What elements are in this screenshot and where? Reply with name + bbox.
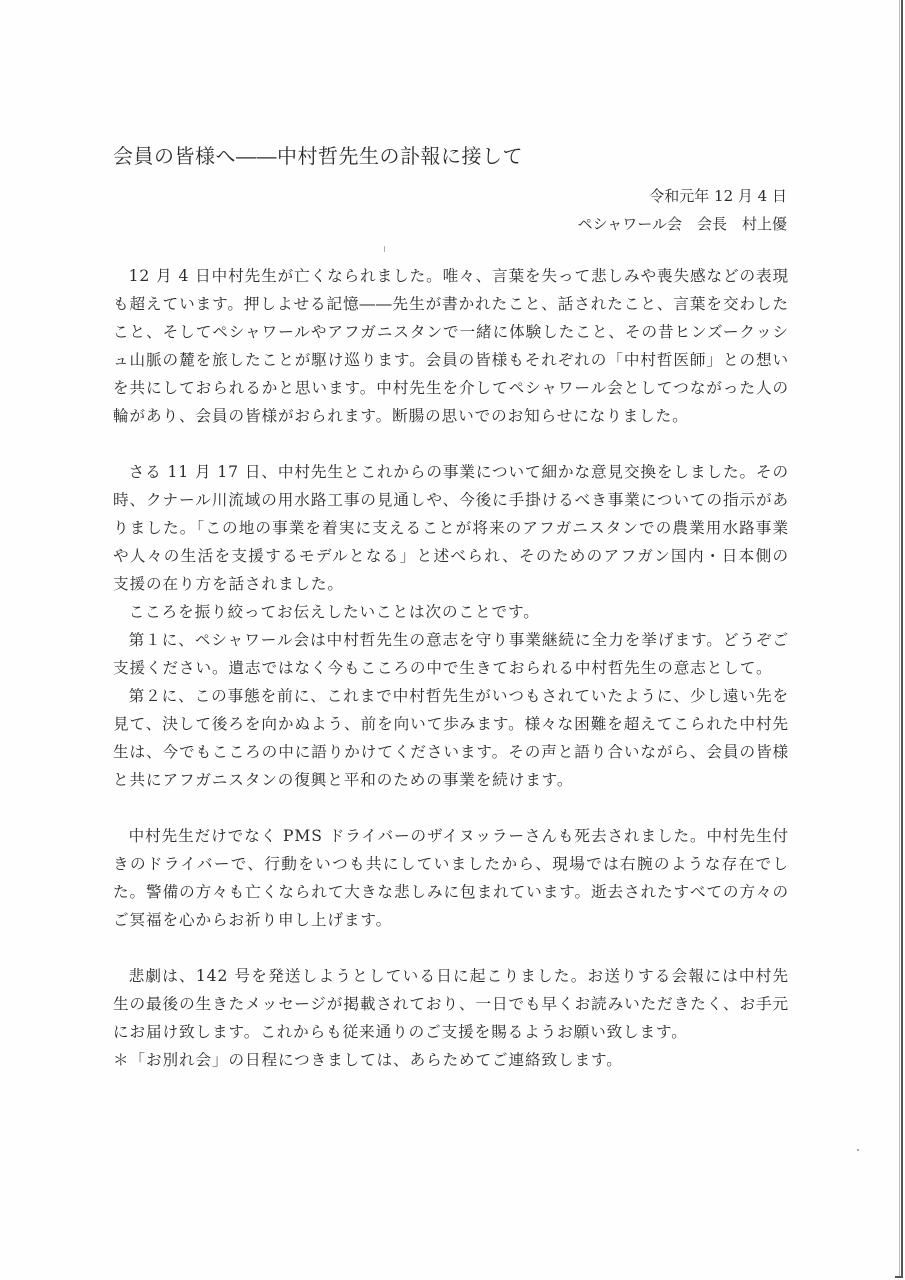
letter-author: ペシャワール会 会長 村上優 [578,210,787,238]
paragraph-intro-points: こころを振り絞ってお伝えしたいことは次のことです。 [113,598,789,626]
paragraph-gap [113,934,789,962]
paragraph-newsletter: 悲劇は、142 号を発送しようとしている日に起こりました。お送りする会報には中村… [113,962,789,1046]
paragraph-point-1: 第１に、ペシャワール会は中村哲先生の意志を守り事業継続に全力を挙げます。どうぞご… [113,626,789,682]
letter-title: 会員の皆様へ――中村哲先生の訃報に接して [113,140,523,169]
paragraph-last-meeting: さる 11 月 17 日、中村先生とこれからの事業について細かな意見交換をしまし… [113,458,789,598]
paragraph-gap [113,430,789,458]
letter-body: 12 月 4 日中村先生が亡くなられました。唯々、言葉を失って悲しみや喪失感など… [113,262,789,1074]
scan-artifact [384,246,385,252]
letter-meta: 令和元年 12 月 4 日 ペシャワール会 会長 村上優 [578,182,787,238]
paragraph-point-2: 第２に、この事態を前に、これまで中村哲先生がいつもされていたように、少し遠い先を… [113,682,789,794]
scan-artifact [857,1149,859,1151]
letter-date: 令和元年 12 月 4 日 [578,182,787,210]
paragraph-driver: 中村先生だけでなく PMS ドライバーのザイヌッラーさんも死去されました。中村先… [113,822,789,934]
paragraph-condolence: 12 月 4 日中村先生が亡くなられました。唯々、言葉を失って悲しみや喪失感など… [113,262,789,430]
scan-edge-corner [895,1276,903,1278]
footnote-farewell: ＊「お別れ会」の日程につきましては、あらためてご連絡致します。 [113,1046,789,1074]
paragraph-gap [113,794,789,822]
scan-edge-line [901,0,903,1278]
scanned-letter-page: 会員の皆様へ――中村哲先生の訃報に接して 令和元年 12 月 4 日 ペシャワー… [0,0,905,1280]
scan-edge-shadow [899,0,900,1278]
